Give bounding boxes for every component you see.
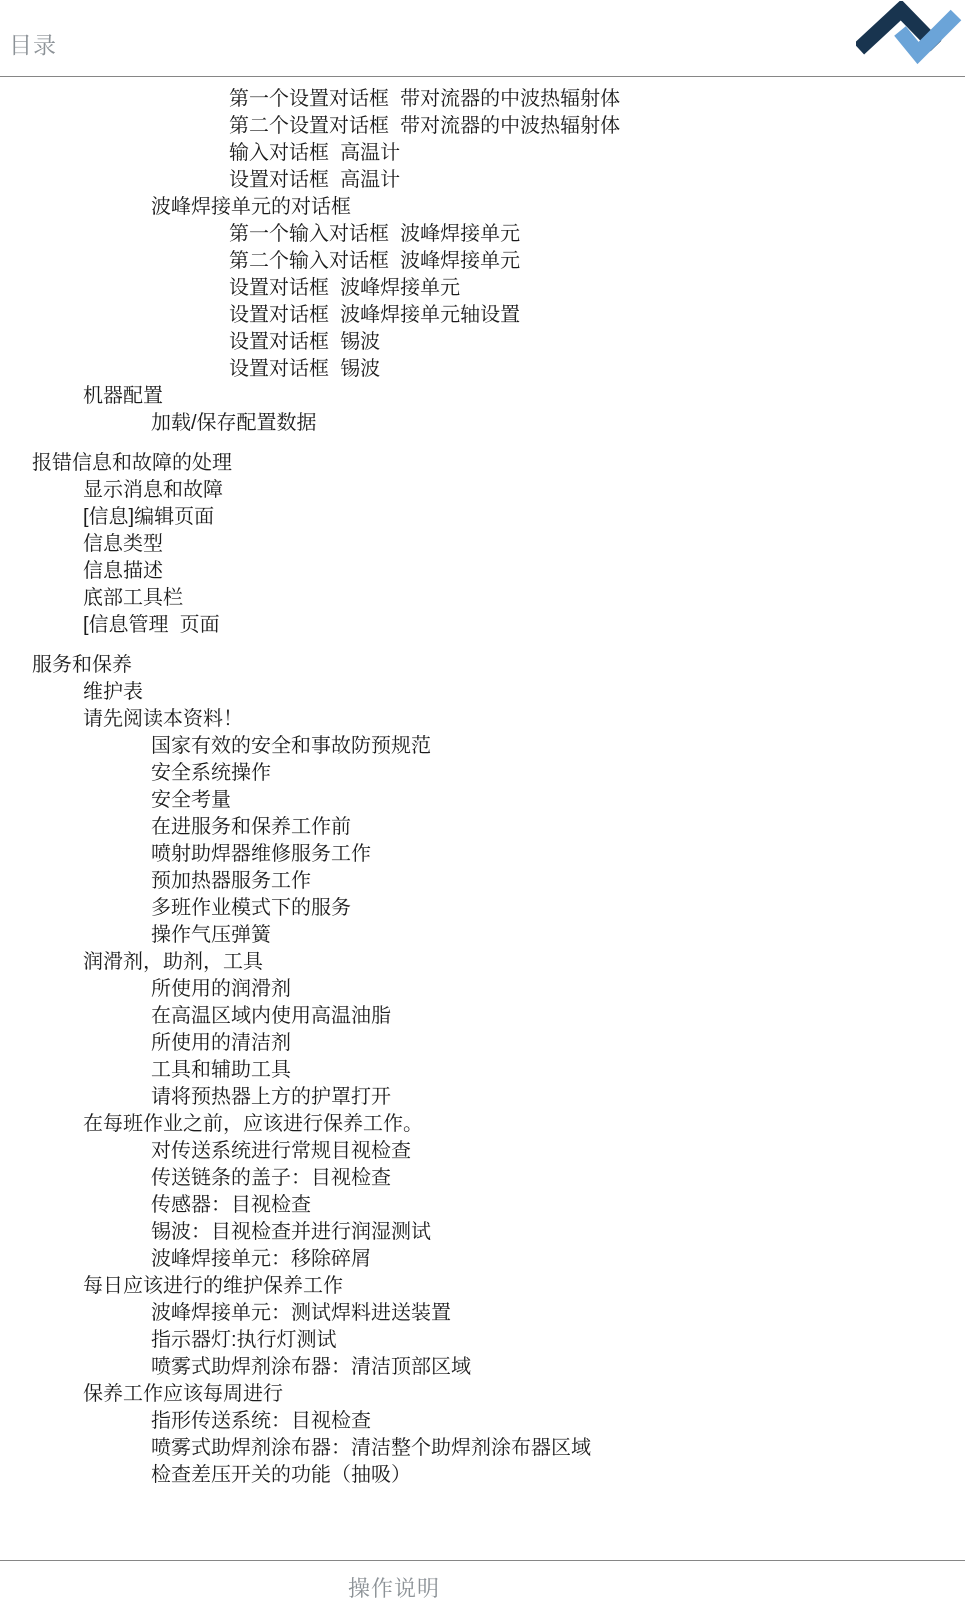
toc-entry[interactable]: 波峰焊接单元：测试焊料进送装置 [0, 1300, 965, 1327]
toc-entry[interactable]: 加载/保存配置数据 [0, 410, 965, 437]
header-divider [0, 76, 965, 77]
toc-entry[interactable]: [信息]编辑页面 [0, 504, 965, 531]
toc-entry[interactable]: 信息类型 [0, 531, 965, 558]
toc-entry[interactable]: 第二个输入对话框 波峰焊接单元 [0, 248, 965, 275]
toc-entry[interactable]: 服务和保养 [0, 652, 965, 679]
page-title: 目录 [9, 33, 57, 58]
toc-entry[interactable]: 所使用的润滑剂 [0, 976, 965, 1003]
toc-entry[interactable]: 在进服务和保养工作前 [0, 814, 965, 841]
toc-entry[interactable]: 设置对话框 波峰焊接单元轴设置 [0, 302, 965, 329]
toc-entry[interactable]: 安全系统操作 [0, 760, 965, 787]
toc-entry[interactable]: 喷射助焊器维修服务工作 [0, 841, 965, 868]
toc-entry[interactable]: 每日应该进行的维护保养工作 [0, 1273, 965, 1300]
toc-entry[interactable]: 安全考量 [0, 787, 965, 814]
toc-entry[interactable]: 所使用的清洁剂 [0, 1030, 965, 1057]
toc-entry[interactable]: 维护表 [0, 679, 965, 706]
toc-entry[interactable]: 第一个设置对话框 带对流器的中波热辐射体 [0, 86, 965, 113]
toc-entry[interactable]: 操作气压弹簧 [0, 922, 965, 949]
toc-entry[interactable]: 保养工作应该每周进行 [0, 1381, 965, 1408]
toc-entry[interactable]: [信息管理 页面 [0, 612, 965, 639]
toc-entry[interactable]: 设置对话框 高温计 [0, 167, 965, 194]
toc-entry[interactable]: 预加热器服务工作 [0, 868, 965, 895]
toc-entry[interactable]: 润滑剂，助剂，工具 [0, 949, 965, 976]
toc-entry[interactable]: 设置对话框 锡波 [0, 329, 965, 356]
toc-entry[interactable]: 第二个设置对话框 带对流器的中波热辐射体 [0, 113, 965, 140]
toc-entry[interactable]: 波峰焊接单元：移除碎屑 [0, 1246, 965, 1273]
toc-entry[interactable]: 底部工具栏 [0, 585, 965, 612]
toc-entry[interactable]: 机器配置 [0, 383, 965, 410]
toc-entry[interactable]: 多班作业模式下的服务 [0, 895, 965, 922]
toc-entry[interactable]: 报错信息和故障的处理 [0, 450, 965, 477]
toc-entry[interactable]: 在高温区域内使用高温油脂 [0, 1003, 965, 1030]
toc-entry[interactable]: 检查差压开关的功能（抽吸） [0, 1462, 965, 1489]
toc-entry[interactable]: 指形传送系统：目视检查 [0, 1408, 965, 1435]
toc-entry[interactable]: 锡波：目视检查并进行润湿测试 [0, 1219, 965, 1246]
toc-entry[interactable]: 设置对话框 波峰焊接单元 [0, 275, 965, 302]
toc-entry[interactable]: 信息描述 [0, 558, 965, 585]
toc-entry[interactable]: 工具和辅助工具 [0, 1057, 965, 1084]
toc-entry[interactable]: 传感器：目视检查 [0, 1192, 965, 1219]
toc-entry[interactable]: 请将预热器上方的护罩打开 [0, 1084, 965, 1111]
toc-entry[interactable]: 国家有效的安全和事故防预规范 [0, 733, 965, 760]
toc-list: 第一个设置对话框 带对流器的中波热辐射体第二个设置对话框 带对流器的中波热辐射体… [0, 86, 965, 1489]
toc-entry[interactable]: 传送链条的盖子：目视检查 [0, 1165, 965, 1192]
toc-entry[interactable]: 喷雾式助焊剂涂布器：清洁顶部区域 [0, 1354, 965, 1381]
toc-entry[interactable]: 显示消息和故障 [0, 477, 965, 504]
footer-divider [0, 1560, 965, 1561]
toc-entry[interactable]: 波峰焊接单元的对话框 [0, 194, 965, 221]
toc-entry[interactable]: 指示器灯:执行灯测试 [0, 1327, 965, 1354]
toc-entry[interactable]: 第一个输入对话框 波峰焊接单元 [0, 221, 965, 248]
toc-entry[interactable]: 请先阅读本资料！ [0, 706, 965, 733]
toc-entry[interactable]: 输入对话框 高温计 [0, 140, 965, 167]
toc-entry[interactable]: 对传送系统进行常规目视检查 [0, 1138, 965, 1165]
document-page: 目录 第一个设置对话框 带对流器的中波热辐射体第二个设置对话框 带对流器的中波热… [0, 0, 965, 1606]
brand-logo [856, 1, 962, 67]
toc-entry[interactable]: 喷雾式助焊剂涂布器：清洁整个助焊剂涂布器区域 [0, 1435, 965, 1462]
toc-entry[interactable]: 在每班作业之前，应该进行保养工作。 [0, 1111, 965, 1138]
toc-entry[interactable]: 设置对话框 锡波 [0, 356, 965, 383]
footer-doc-title: 操作说明 [348, 1572, 440, 1603]
